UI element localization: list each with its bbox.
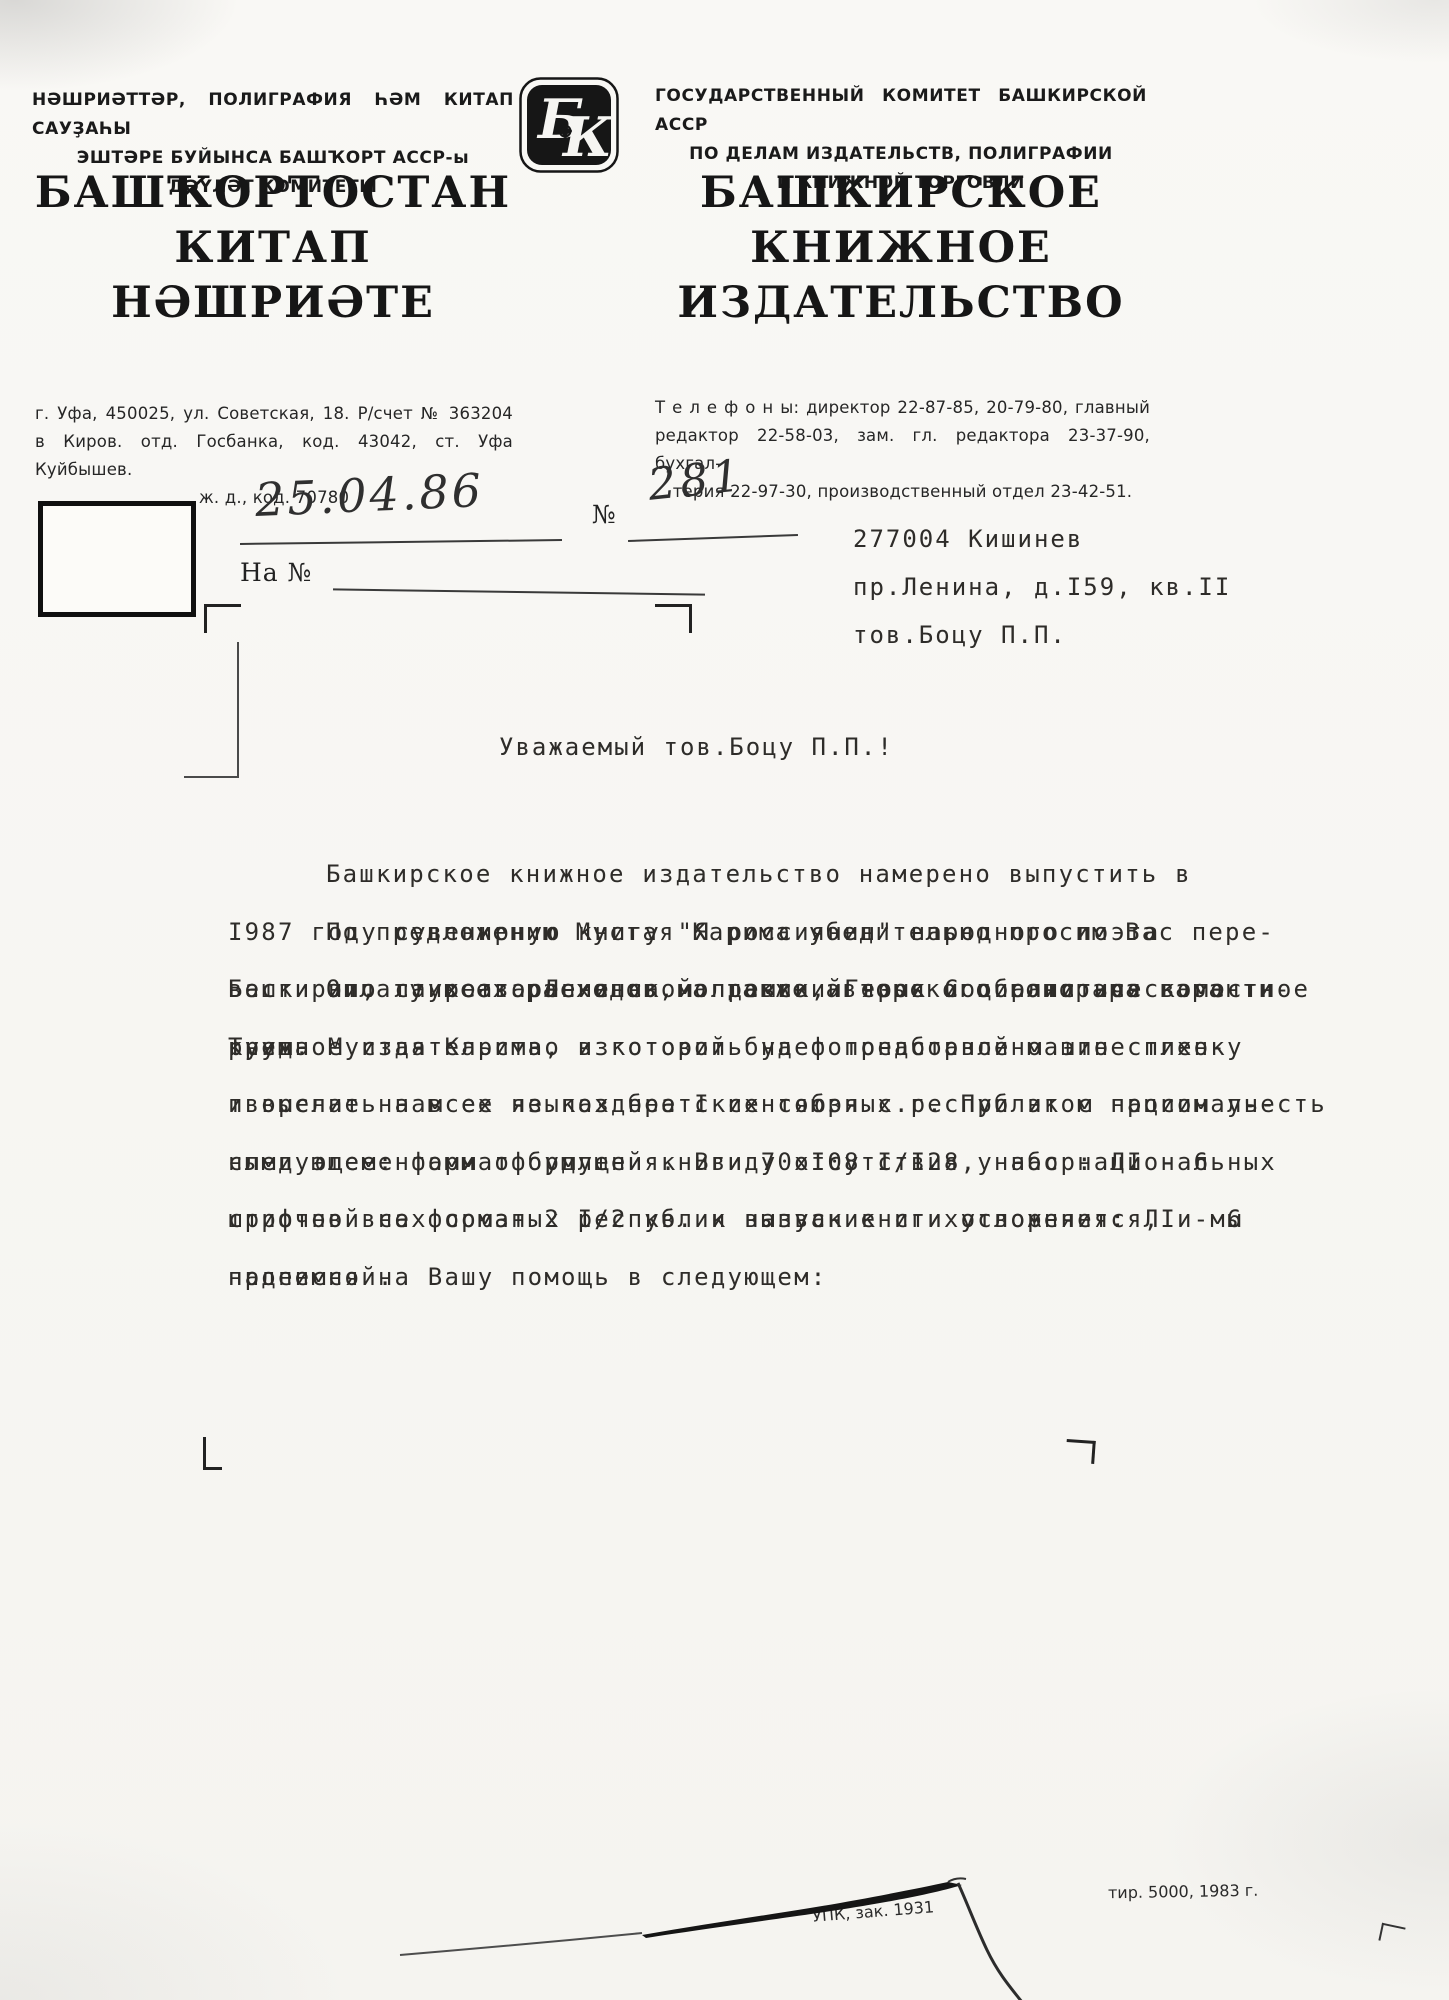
left-title-line: БАШҠОРТОСТАН (32, 166, 514, 221)
right-committee-line: ПО ДЕЛАМ ИЗДАТЕЛЬСТВ, ПОЛИГРАФИИ (655, 140, 1147, 169)
paragraph-2: По предложению Мустая Карима убедительно… (228, 904, 1327, 962)
reply-number-underline (333, 588, 705, 595)
reply-number-label: На № (240, 558, 312, 587)
typed-line: строчной на формат 2 I/2 кв. и название … (228, 1191, 1327, 1249)
recipient-line: 277004 Кишинев (853, 515, 1231, 563)
svg-text:К: К (561, 105, 613, 169)
salutation: Уважаемый тов.Боцу П.П.! (499, 733, 894, 761)
date-underline (240, 539, 562, 545)
imprint-top: тир. 5000, 1983 г. (1108, 1881, 1259, 1903)
right-title-line: БАШКИРСКОЕ (655, 166, 1147, 221)
number-sign: № (592, 500, 616, 529)
corner-mark-bottom-right (1065, 1439, 1096, 1464)
right-publisher-title: БАШКИРСКОЕКНИЖНОЕИЗДАТЕЛЬСТВО (655, 166, 1147, 331)
typed-line: Башкирское книжное издательство намерено… (228, 846, 1327, 904)
typed-line: следующее: формат будущей книги 70хI08 I… (228, 1134, 1327, 1192)
edge-mark-right (1378, 1923, 1405, 1946)
number-handwritten: 281 (646, 450, 747, 511)
left-address-line: г. Уфа, 450025, ул. Советская, 18. Р/сче… (35, 400, 513, 428)
left-publisher-title: БАШҠОРТОСТАНКИТАПНӘШРИӘТЕ (32, 166, 514, 331)
paragraph-3: Оплату всех расходов, а также авторского… (228, 961, 1327, 1019)
corner-mark-window (184, 642, 239, 778)
left-title-line: НӘШРИӘТЕ (32, 276, 514, 331)
left-title-line: КИТАП (32, 221, 514, 276)
recipient-block: 277004 Кишиневпр.Ленина, д.I59, кв.IIтов… (853, 515, 1231, 659)
recipient-line: пр.Ленина, д.I59, кв.II (853, 563, 1231, 611)
right-title-line: ИЗДАТЕЛЬСТВО (655, 276, 1147, 331)
number-underline (628, 534, 798, 542)
publisher-logo: Б К (518, 76, 620, 174)
right-title-line: КНИЖНОЕ (655, 221, 1147, 276)
recipient-line: тов.Боцу П.П. (853, 611, 1231, 659)
document-page: { "letterhead": { "left": { "committee_l… (0, 0, 1449, 2000)
typed-line: и выслать нам ее не позднее I сентября с… (228, 1076, 1327, 1134)
corner-mark-left (204, 604, 241, 633)
corner-mark-bottom-left (203, 1437, 222, 1470)
publisher-logo-icon: Б К (518, 76, 620, 174)
paragraph-1: Башкирское книжное издательство намерено… (228, 846, 1327, 904)
left-committee-line: НӘШРИӘТТӘР, ПОЛИГРАФИЯ ҺӘМ КИТАП САУҘАҺЫ (32, 86, 514, 144)
corner-mark-right (655, 604, 692, 633)
typed-line: книжное издательство изготовить на фотон… (228, 1019, 1327, 1077)
typed-line: Оплату всех расходов, а также авторского… (228, 961, 1327, 1019)
paper-crease (360, 1855, 1120, 2000)
typed-line: По предложению Мустая Карима убедительно… (228, 904, 1327, 962)
stamp-box (38, 501, 196, 617)
date-handwritten: 25.04.86 (254, 463, 485, 527)
right-committee-line: ГОСУДАРСТВЕННЫЙ КОМИТЕТ БАШКИРСКОЙ АССР (655, 82, 1147, 140)
phone-line: Т е л е ф о н ы: директор 22-87-85, 20-7… (655, 394, 1150, 422)
letter-body: Башкирское книжное издательство намерено… (228, 846, 1327, 1019)
